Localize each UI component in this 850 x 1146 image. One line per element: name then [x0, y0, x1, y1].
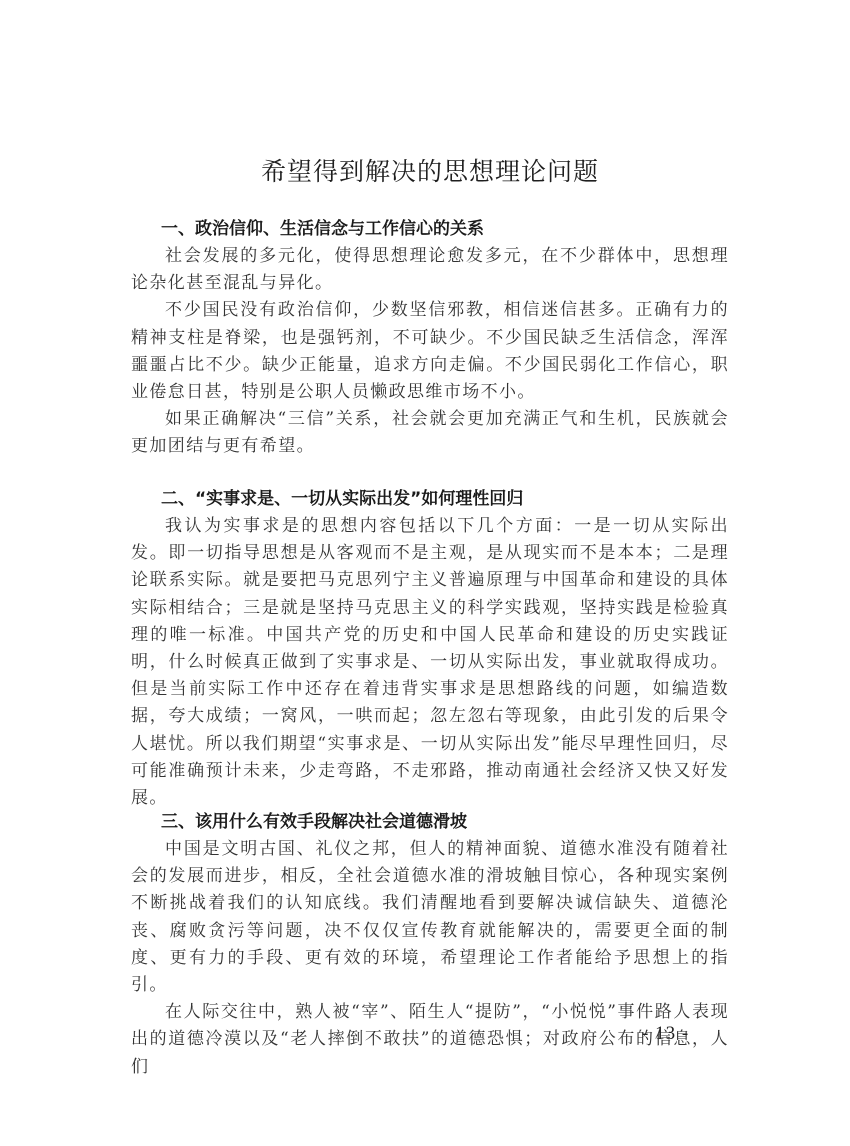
section-3: 三、该用什么有效手段解决社会道德滑坡 中国是文明古国、礼仪之邦，但人的精神面貌、… [131, 809, 729, 1081]
section-1: 一、政治信仰、生活信念与工作信心的关系 社会发展的多元化，使得思想理论愈发多元，… [131, 216, 729, 461]
paragraph: 如果正确解决“三信”关系，社会就会更加充满正气和生机，民族就会更加团结与更有希望… [131, 406, 729, 460]
paragraph: 社会发展的多元化，使得思想理论愈发多元，在不少群体中，思想理论杂化甚至混乱与异化… [131, 243, 729, 297]
section-heading: 三、该用什么有效手段解决社会道德滑坡 [131, 809, 729, 836]
section-heading: 二、“实事求是、一切从实际出发”如何理性回归 [131, 486, 729, 513]
paragraph: 在人际交往中，熟人被“宰”、陌生人“提防”，“小悦悦”事件路人表现出的道德冷漠以… [131, 999, 729, 1081]
section-heading: 一、政治信仰、生活信念与工作信心的关系 [131, 216, 729, 243]
section-2: 二、“实事求是、一切从实际出发”如何理性回归 我认为实事求是的思想内容包括以下几… [131, 486, 729, 812]
document-title: 希望得到解决的思想理论问题 [131, 155, 729, 189]
paragraph: 我认为实事求是的思想内容包括以下几个方面：一是一切从实际出发。即一切指导思想是从… [131, 513, 729, 812]
paragraph: 不少国民没有政治信仰，少数坚信邪教，相信迷信甚多。正确有力的精神支柱是脊梁，也是… [131, 297, 729, 406]
paragraph: 中国是文明古国、礼仪之邦，但人的精神面貌、道德水准没有随着社会的发展而进步，相反… [131, 836, 729, 999]
page-number: - 13 - [642, 1023, 689, 1045]
